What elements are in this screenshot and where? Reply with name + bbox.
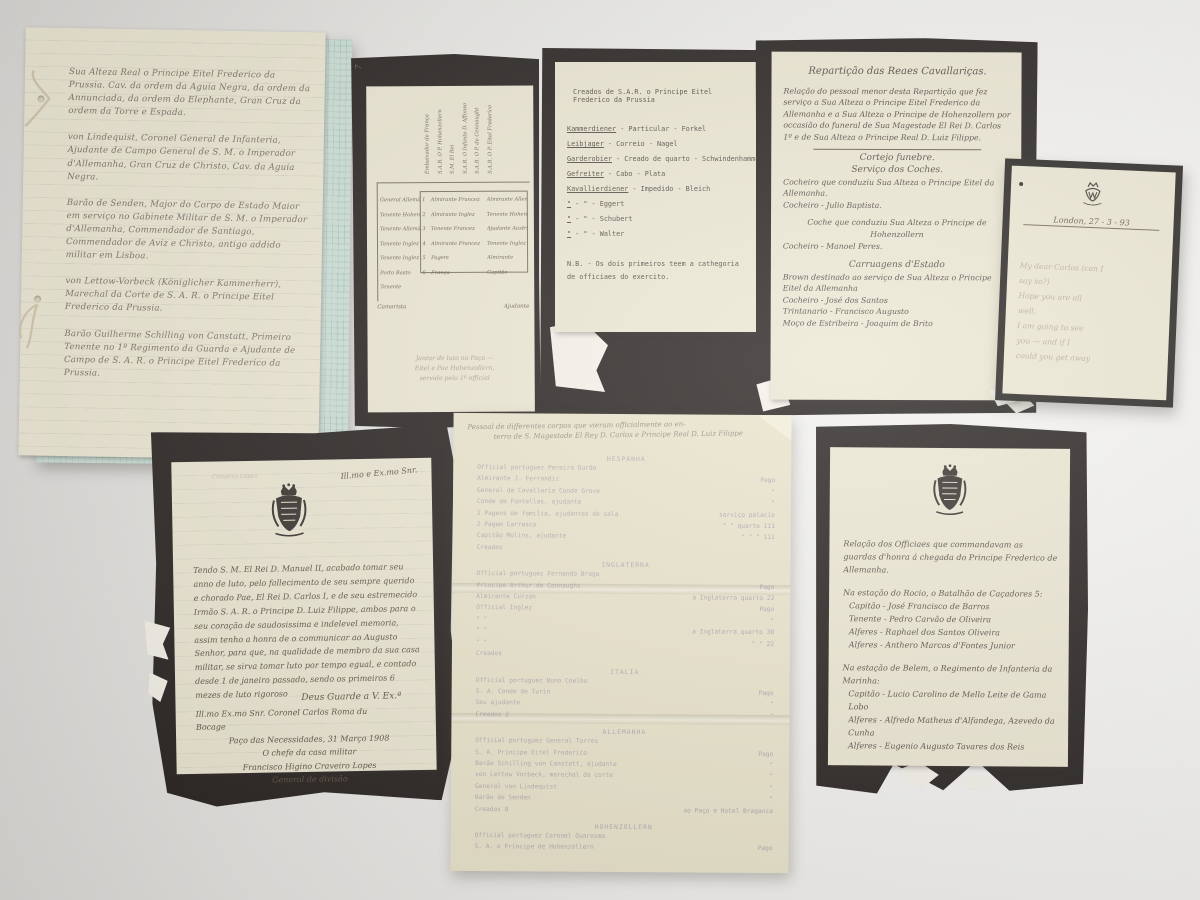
seating-footer-left: Camarista	[377, 304, 406, 310]
servant-role: Kavallierdiener	[567, 185, 628, 193]
servant-detail: - Cabo - Plata	[604, 170, 665, 178]
seating-row: Tenente Allemão 3 Tenente Francez Ajudan…	[380, 222, 528, 237]
carbon-row-text: Official portuguez Nuno Coelho	[476, 674, 588, 686]
stables-relation-page: Repartição das Reaes Cavallariças. Relaç…	[770, 52, 1021, 401]
pencil-note: Jantar de luto no Paço —Eitel e Pae Hohe…	[380, 354, 530, 385]
carbon-row-value: " " " 111	[741, 532, 775, 544]
divider-line	[813, 148, 981, 149]
guest-label: S.A.R. O P. Hohenzollern	[437, 98, 443, 174]
servant-detail: - Creado de quarto - Schwindenhammer	[612, 155, 763, 163]
stables-title: Repartição das Reaes Cavallariças.	[784, 66, 1012, 78]
guest-label: S.A.R. O Infante D. Affonso	[462, 98, 468, 174]
guest-label: Embaixador de França	[424, 98, 430, 174]
carbon-row: S. A. o Principe de HohenzollernPago	[475, 841, 773, 854]
carbon-row-text: Barão de Senden	[475, 792, 531, 804]
seating-rows: General Allemão 1 Almirante Francez Almi…	[380, 193, 529, 295]
seat-middle: Pagem	[428, 255, 487, 261]
faint-pencil-note: Craveiro Lopes	[211, 473, 257, 481]
royal-coat-of-arms-icon	[268, 482, 311, 539]
stables-line: Trintanario - Francisco Augusto	[783, 306, 1011, 318]
guest-label: S.A.R. O P. de Connaught	[474, 98, 480, 174]
seat-middle: Almirante Francez	[428, 197, 487, 203]
stables-heading: Serviço dos Coches.	[783, 165, 1011, 177]
carbon-row-text: S. A. Principe Eitel Frederico	[475, 747, 587, 759]
carbon-row-text: " "	[476, 614, 487, 625]
carbon-row-value: Pago	[758, 843, 773, 855]
letter-closing: Deus Guarde a V. Ex.ª Ill.mo Ex.mo Snr. …	[195, 690, 423, 788]
notebook-paragraph: von Lindequist, Coronel General de Infan…	[67, 131, 310, 188]
seating-table-outline: General Allemão 1 Almirante Francez Almi…	[377, 182, 531, 302]
carbon-row-value: Pago	[759, 582, 774, 594]
servant-role: Kammerdiener	[567, 125, 616, 133]
servant-entry: Garderobier - Creado de quarto - Schwind…	[567, 152, 756, 167]
seat-right: Capitão	[487, 269, 528, 275]
carbon-row-text: 2 Pagem Carrasco	[477, 519, 537, 531]
notebook-document: Sua Alteza Real o Principe Eitel Frederi…	[20, 28, 355, 467]
officers-rows: Capitão - Lucio Carolino de Mello Leite …	[842, 687, 1056, 753]
seating-row: Tenente Inglez 4 Almirante Francez Tenen…	[380, 236, 528, 251]
carbon-row-text: 2 Pagens de familia, ajudantes de sala	[477, 508, 619, 520]
officers-list-document: Relação dos Officiaes que commandavam as…	[811, 423, 1090, 795]
officers-list-page: Relação dos Officiaes que commandavam as…	[828, 447, 1070, 767]
notebook-paragraph: von Lettow-Vorbeck (Königlicher Kammerhe…	[65, 275, 308, 318]
carbon-row-text: Capitão Molins, ajudante	[477, 530, 566, 542]
officers-rows: Capitão - José Francisco de BarrosTenent…	[843, 599, 1057, 652]
seating-footer-right: Ajudante	[504, 304, 529, 310]
seat-left: Tenente Inglez	[380, 241, 420, 247]
carbon-personnel-list: Pessoal de differentes corpos que vieram…	[452, 414, 792, 874]
card-pencil-text: My dear Carlos (can Isay so?)Hope you ar…	[1016, 258, 1164, 369]
seat-right: Almirante Allemão	[487, 197, 528, 203]
seating-row: Tenente Inglez 5 Pagem Almirante	[380, 251, 528, 266]
servant-entry: " - " - Eggert	[567, 197, 756, 212]
seat-middle: Tenente Francez	[428, 226, 487, 232]
carbon-row-text: " "	[476, 637, 487, 648]
carbon-row-value: " " quarto 111	[723, 521, 775, 533]
seating-footer: Camarista Ajudante	[377, 304, 529, 311]
carbon-row-text: Official portuguez General Torres	[475, 735, 598, 747]
officer-entry: Alferes - Alfredo Matheus d'Alfandega, A…	[842, 713, 1056, 740]
carbon-pencil-header: Pessoal de differentes corpos que vieram…	[467, 418, 781, 442]
stables-text: Repartição das Reaes Cavallariças. Relaç…	[782, 66, 1011, 393]
servant-detail: - " - Schubert	[571, 215, 632, 223]
stables-paragraph: Relação do pessoal menor desta Repartiçã…	[783, 85, 1011, 144]
mourning-letter-page: Craveiro Lopes Ill.mo e Ex.mo Snr. Tendo…	[171, 458, 436, 774]
pencil-note-line: servido pelo 1º official	[380, 374, 530, 385]
notebook-paragraph: Barão Guilherme Schilling von Canstatt, …	[64, 327, 307, 384]
stables-heading: Cortejo funebre.	[783, 153, 1011, 165]
servant-entry: " - " - Walter	[567, 227, 756, 242]
servant-entry: " - " - Schubert	[567, 212, 756, 227]
carbon-row-text: Barão Schilling von Canstatt, ajudante	[475, 758, 617, 770]
servants-list-document: Creados de S.A.R. o Principe Eitel Frede…	[540, 48, 770, 420]
binding-string-icon	[19, 68, 60, 128]
seat-number: 1	[420, 197, 428, 203]
carbon-row-value: Pago	[760, 475, 775, 487]
carbon-row-value: a Inglaterra quarto 30	[692, 627, 774, 639]
carbon-row-value: a Inglaterra quarto 22	[692, 593, 774, 605]
seating-chart-document: 7 Embaixador de FrançaS.A.R. O P. Hohenz…	[351, 54, 543, 431]
seat-right: Almirante	[487, 255, 528, 261]
binding-string-icon	[11, 280, 46, 350]
seating-row: General Allemão 1 Almirante Francez Almi…	[380, 193, 528, 208]
officers-title: Relação dos Officiaes que commandavam as…	[843, 537, 1057, 577]
seat-number: 4	[420, 241, 428, 247]
pin-hole	[1019, 182, 1023, 186]
carbon-row-value: "	[770, 699, 774, 710]
officer-entry: Capitão - Lucio Carolino de Mello Leite …	[842, 687, 1056, 714]
carbon-row: Creados 2"	[475, 709, 773, 722]
seat-number: 5	[420, 255, 428, 261]
seat-number: 3	[420, 226, 428, 232]
seat-middle: França	[428, 270, 487, 276]
stables-line: Cocheiro - Manoel Peres.	[783, 240, 1011, 252]
carbon-row-value: "	[771, 487, 775, 498]
servant-detail: - " - Walter	[571, 230, 624, 238]
mourning-card: London, 27 - 3 - 93 My dear Carlos (can …	[995, 158, 1185, 409]
guest-label: S.M. El Rei	[449, 98, 455, 174]
officer-entry: Alferes - Eugenio Augusto Tavares dos Re…	[842, 739, 1056, 753]
carbon-row-text: Official portuguez Pereira Durão	[477, 462, 596, 474]
seat-left: Tenente Inglez	[380, 255, 420, 261]
carbon-row-value: "	[769, 794, 773, 805]
carbon-row: Creados	[477, 542, 775, 555]
carbon-row-value: "	[769, 783, 773, 794]
carbon-row-value: ao Paço e Hotel Braganza	[683, 805, 772, 817]
servant-detail: - Correio - Nagel	[604, 140, 678, 148]
carbon-row-text: Creados 8	[475, 804, 509, 816]
stables-heading: Carruagens d'Estado	[783, 260, 1011, 272]
carbon-sections: HESPANHA Official portuguez Pereira Durã…	[475, 447, 776, 855]
stables-line: Cocheiro - José dos Santos	[783, 294, 1011, 306]
carbon-row-value: "	[770, 711, 774, 722]
carbon-row-value: "	[769, 760, 773, 771]
carbon-row-text: Creados	[477, 542, 503, 554]
servant-role: Leibjager	[567, 140, 604, 148]
photo-of-documents: Sua Alteza Real o Principe Eitel Frederi…	[0, 0, 1200, 900]
card-face: London, 27 - 3 - 93 My dear Carlos (can …	[1002, 166, 1175, 401]
mourning-letter-document: Craveiro Lopes Ill.mo e Ex.mo Snr. Tendo…	[145, 424, 463, 810]
carbon-row-text: von Lettow Vorbeck, marechal da corte	[475, 769, 613, 781]
seat-left: Tenente Allemão	[380, 226, 420, 232]
carbon-row-text: Official Inglez	[476, 602, 532, 614]
carbon-row-text: Almirante Curzon	[476, 591, 536, 603]
seat-number: 2	[420, 212, 428, 218]
servant-role: Gefreiter	[567, 170, 604, 178]
carbon-row-value: serviço palacio	[719, 509, 775, 521]
seat-middle: Almirante Inglez	[428, 212, 487, 218]
seat-left: Tenente Hohenzollern	[380, 212, 420, 218]
carbon-row-value: "	[770, 616, 774, 627]
guest-label: S.A.R. O P. Eitel Frederico	[487, 98, 493, 174]
stables-line: Cocheiro que conduziu Sua Alteza o Princ…	[783, 176, 1011, 200]
carbon-row-text: Seu ajudante	[476, 697, 521, 709]
carbon-row-value: Pago	[759, 688, 774, 700]
carbon-row-text: Creados	[476, 648, 502, 660]
carbon-section-rows: Official portuguez Pereira DurãoAlmirant…	[477, 462, 776, 555]
servants-list-page: Creados de S.A.R. o Principe Eitel Frede…	[555, 62, 756, 332]
notebook-page: Sua Alteza Real o Principe Eitel Frederi…	[18, 27, 325, 460]
notebook-paragraph: Barão de Senden, Major do Corpo de Estad…	[66, 197, 309, 267]
servants-list-title: Creados de S.A.R. o Principe Eitel Frede…	[573, 88, 746, 104]
servant-role: Garderobier	[567, 155, 612, 163]
notebook-paragraph: Sua Alteza Real o Principe Eitel Frederi…	[68, 66, 311, 123]
seating-row: Porto Basto 6 França Capitão	[380, 265, 528, 280]
seating-row: Tenente	[380, 280, 528, 295]
carbon-section-rows: Official portuguez Fernando BragaPrincip…	[476, 568, 775, 661]
servant-detail: - Particular - Forkel	[616, 125, 706, 133]
notebook-text: Sua Alteza Real o Principe Eitel Frederi…	[63, 66, 311, 397]
servant-entry: Gefreiter - Cabo - Plata	[567, 167, 756, 182]
carbon-row: Creados 8ao Paço e Hotel Braganza	[475, 804, 773, 817]
carbon-row-text: Principe Arthur de Connaught	[476, 580, 580, 592]
servant-detail: - " - Eggert	[571, 200, 624, 208]
servants-entries: Kammerdiener - Particular - Forkel Leibj…	[567, 122, 756, 242]
letter-annotation: Ill.mo e Ex.mo Snr.	[340, 465, 418, 481]
officers-section-heading: Na estação de Belem, o Regimento de Infa…	[842, 661, 1056, 688]
stables-line: Brown destinado ao serviço de Sua Alteza…	[783, 271, 1011, 295]
servant-entry: Leibjager - Correio - Nagel	[567, 137, 756, 152]
carbon-section-rows: Official portuguez General TorresS. A. P…	[475, 735, 774, 817]
stables-line: Cocheiro - Julio Baptista.	[783, 199, 1011, 211]
carbon-row-value: "	[769, 771, 773, 782]
carbon-row-text: S. A. Conde de Turin	[476, 686, 551, 698]
carbon-page: Pessoal de differentes corpos que vieram…	[450, 413, 791, 873]
carbon-row-text: Almirante J. Ferrandiz	[477, 473, 559, 485]
carbon-section-rows: Official portuguez Nuno CoelhoS. A. Cond…	[475, 674, 773, 722]
carbon-row-text: General de Cavallaria Conde Grove	[477, 485, 600, 497]
seating-chart-guest-labels: Embaixador de FrançaS.A.R. O P. Hohenzol…	[424, 98, 493, 174]
card-date: London, 27 - 3 - 93	[1023, 214, 1159, 231]
seat-left: General Allemão	[380, 197, 420, 203]
carbon-row-value: Pago	[758, 748, 773, 760]
carbon-row-value: "	[771, 498, 775, 509]
carbon-row-text: Official portuguez Fernando Braga	[476, 568, 599, 580]
carbon-row-value: Pago	[759, 604, 774, 616]
officers-text: Relação dos Officiaes que commandavam as…	[842, 459, 1058, 758]
carbon-row-text: General von Lindequist	[475, 781, 557, 793]
carbon-row: Creados	[476, 648, 774, 661]
seat-right: Tenente Hohenzollern	[487, 211, 528, 217]
monogram-crest-icon	[1077, 178, 1108, 209]
stables-relation-document: Repartição das Reaes Cavallariças. Relaç…	[754, 38, 1037, 417]
seat-right: Tenente Inglez	[487, 240, 528, 246]
carbon-row-text: S. A. o Principe de Hohenzollern	[475, 841, 594, 853]
stables-line: Moço de Estribeira - Joaquim de Brito	[783, 318, 1011, 330]
seat-right: Ajudante Austriaco	[487, 226, 528, 232]
seat-left: Tenente	[380, 284, 420, 290]
torn-paper-scrap	[961, 772, 995, 790]
seating-row: Tenente Hohenzollern 2 Almirante Inglez …	[380, 207, 528, 222]
carbon-row-text: Creados 2	[475, 709, 509, 721]
servants-note: N.B. - Os dois primeiros teem a cathegor…	[567, 258, 746, 284]
servant-entry: Kammerdiener - Particular - Forkel	[567, 122, 756, 137]
officer-entry: Alferes - Anthero Marcos d'Fontes Junior	[843, 638, 1057, 652]
seating-chart-page: Embaixador de FrançaS.A.R. O P. Hohenzol…	[366, 86, 535, 413]
mount-page-number: 7	[354, 64, 363, 69]
servant-detail: - Impedido - Bleich	[628, 185, 710, 193]
carbon-row-text: Official portuguez Coronel Quaresma	[475, 830, 605, 842]
carbon-row-value: " " 22	[752, 639, 774, 651]
stables-line: Coche que conduziu Sua Alteza o Principe…	[783, 217, 1011, 241]
carbon-row-text: Conde de Fontellas, ajudante	[477, 496, 581, 508]
seat-number: 6	[420, 270, 428, 276]
carbon-row-text: " "	[476, 625, 487, 636]
carbon-section-rows: Official portuguez Coronel QuaresmaS. A.…	[475, 830, 773, 855]
seat-left: Porto Basto	[380, 270, 420, 276]
servant-entry: Kavallierdiener - Impedido - Bleich	[567, 182, 756, 197]
seat-middle: Almirante Francez	[428, 241, 487, 247]
letter-body: Tendo S. M. El Rei D. Manuel II, acabado…	[193, 560, 421, 703]
